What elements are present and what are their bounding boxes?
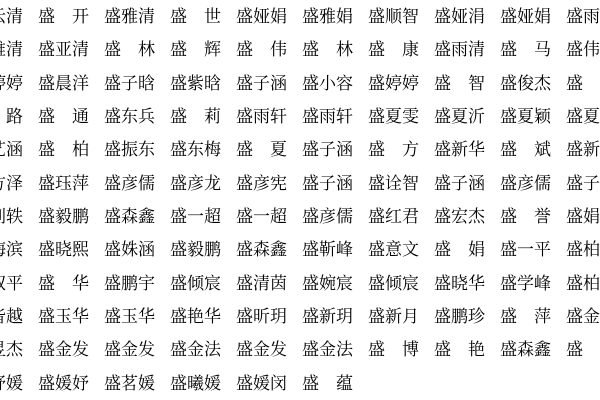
name-text: 盛顺智 [368, 9, 419, 26]
name-cell: 盛小容 [302, 74, 368, 93]
name-cell: 盛夏颖 [500, 107, 566, 126]
name-cell: 盛雨轩 [236, 107, 302, 126]
name-text: 盛靳峰 [302, 242, 353, 259]
name-cell: 盛柏 [566, 240, 600, 259]
name-cell: 盛一超 [236, 207, 302, 226]
name-text: 盛 蕴 [302, 376, 353, 393]
name-text: 盛东梅 [170, 142, 221, 159]
name-cell: 盛东梅 [170, 140, 236, 159]
name-text: 盛柏 [566, 242, 600, 259]
name-text: 盛金法 [302, 342, 353, 359]
name-text: 盛 斌 [500, 142, 551, 159]
name-text: 盛 路 [0, 109, 23, 126]
name-text: 盛宏杰 [434, 209, 485, 226]
name-cell: 盛靳峰 [302, 240, 368, 259]
name-text: 盛学峰 [500, 276, 551, 293]
name-text: 盛婷婷 [368, 76, 419, 93]
name-text: 盛 辉 [170, 42, 221, 59]
name-cell: 盛子涵 [236, 74, 302, 93]
name-cell: 盛红君 [368, 207, 434, 226]
name-text: 盛 艳 [434, 342, 485, 359]
name-cell: 盛 娟 [434, 240, 500, 259]
name-text: 盛彦龙 [170, 176, 221, 193]
name-cell: 盛子晗 [104, 74, 170, 93]
name-cell: 盛玉华 [38, 307, 104, 326]
name-cell: 盛新玥 [302, 307, 368, 326]
name-cell: 盛 路 [0, 107, 38, 126]
name-cell: 盛 智 [434, 74, 500, 93]
name-cell: 盛 [566, 74, 600, 93]
name-text: 盛曦媛 [170, 376, 221, 393]
name-text: 盛姝涵 [104, 242, 155, 259]
name-cell: 盛森鑫 [104, 207, 170, 226]
name-cell: 盛俊杰 [500, 74, 566, 93]
name-cell: 盛 斌 [500, 140, 566, 159]
name-text: 盛紫晗 [170, 76, 221, 93]
name-text: 盛晓华 [434, 276, 485, 293]
name-cell: 盛 [566, 340, 600, 359]
name-cell: 盛娟 [566, 207, 600, 226]
name-cell: 盛夏 [566, 107, 600, 126]
name-cell: 盛柏 [566, 274, 600, 293]
name-cell: 盛毅鹏 [38, 207, 104, 226]
name-text: 盛伟 [566, 42, 600, 59]
name-cell: 盛 康 [368, 40, 434, 59]
name-row: 盛雅清盛亚清盛 林盛 辉盛 伟盛 林盛 康盛雨清盛 马盛伟 [0, 33, 600, 66]
name-cell: 盛金法 [170, 340, 236, 359]
name-cell: 盛金发 [236, 340, 302, 359]
name-cell: 盛意文 [368, 240, 434, 259]
name-text: 盛金发 [38, 342, 89, 359]
name-text: 盛子涵 [236, 76, 287, 93]
name-cell: 盛茗媛 [104, 374, 170, 393]
name-text: 盛 娟 [434, 242, 485, 259]
name-cell: 盛晓华 [434, 274, 500, 293]
name-text: 盛意文 [368, 242, 419, 259]
name-cell: 盛清茵 [236, 274, 302, 293]
name-text: 盛 康 [368, 42, 419, 59]
name-cell: 盛鹏珍 [434, 307, 500, 326]
name-text: 盛子晗 [104, 76, 155, 93]
name-text: 盛 马 [500, 42, 551, 59]
name-cell: 盛金发 [38, 340, 104, 359]
name-text: 盛玉华 [38, 309, 89, 326]
name-text: 盛雨轩 [236, 109, 287, 126]
name-cell: 盛方泽 [0, 174, 38, 193]
name-text: 盛 世 [170, 9, 221, 26]
name-cell: 盛婉宸 [302, 274, 368, 293]
name-cell: 盛彦儒 [104, 174, 170, 193]
name-text: 盛夏沂 [434, 109, 485, 126]
name-text: 盛 [566, 76, 583, 93]
name-text: 盛东兵 [104, 109, 155, 126]
name-text: 盛娟 [566, 209, 600, 226]
name-cell: 盛雅清 [104, 7, 170, 26]
name-row: 盛婷婷盛晨洋盛子晗盛紫晗盛子涵盛小容盛婷婷盛 智盛俊杰盛 [0, 67, 600, 100]
name-cell: 盛子涵 [302, 140, 368, 159]
name-cell: 盛 萍 [500, 307, 566, 326]
name-cell: 盛叔平 [0, 274, 38, 293]
name-cell: 盛婷婷 [0, 74, 38, 93]
name-cell: 盛倾宸 [368, 274, 434, 293]
name-cell: 盛子涵 [434, 174, 500, 193]
name-cell: 盛彦宪 [236, 174, 302, 193]
name-text: 盛倾宸 [368, 276, 419, 293]
name-text: 盛新 [566, 142, 600, 159]
name-text: 盛森鑫 [236, 242, 287, 259]
name-cell: 盛 马 [500, 40, 566, 59]
name-cell: 盛 世 [170, 7, 236, 26]
name-cell: 盛夏雯 [368, 107, 434, 126]
name-cell: 盛娅娟 [500, 7, 566, 26]
name-cell: 盛昕玥 [236, 307, 302, 326]
name-text: 盛 夏 [236, 142, 287, 159]
name-cell: 盛 林 [302, 40, 368, 59]
name-text: 盛晓熙 [38, 242, 89, 259]
name-text: 盛昕玥 [236, 309, 287, 326]
name-cell: 盛学峰 [500, 274, 566, 293]
name-cell: 盛海滨 [0, 240, 38, 259]
name-cell: 盛雅清 [0, 40, 38, 59]
name-text: 盛夏 [566, 109, 600, 126]
name-text: 盛茗媛 [104, 376, 155, 393]
name-text: 盛新华 [434, 142, 485, 159]
name-cell: 盛子涵 [302, 174, 368, 193]
name-text: 盛子涵 [302, 142, 353, 159]
name-text: 盛亚清 [38, 42, 89, 59]
name-text: 盛 萍 [500, 309, 551, 326]
name-text: 盛海滨 [0, 242, 23, 259]
name-cell: 盛子 [566, 174, 600, 193]
name-cell: 盛晓熙 [38, 240, 104, 259]
name-text: 盛 开 [38, 9, 89, 26]
name-text: 盛皆越 [0, 309, 23, 326]
name-cell: 盛妤媛 [0, 374, 38, 393]
name-text: 盛红君 [368, 209, 419, 226]
name-text: 盛新玥 [302, 309, 353, 326]
name-row: 盛妤媛盛媛妤盛茗媛盛曦媛盛媛闵盛 蕴 [0, 367, 600, 400]
name-text: 盛夏雯 [368, 109, 419, 126]
name-text: 盛毅鹏 [170, 242, 221, 259]
name-cell: 盛毅鹏 [170, 240, 236, 259]
name-cell: 盛 柏 [38, 140, 104, 159]
name-text: 盛雨清 [434, 42, 485, 59]
name-cell: 盛利轶 [0, 207, 38, 226]
name-text: 盛晨洋 [38, 76, 89, 93]
name-cell: 盛婷婷 [368, 74, 434, 93]
name-text: 盛 智 [434, 76, 485, 93]
name-text: 盛妤媛 [0, 376, 23, 393]
name-text: 盛金发 [104, 342, 155, 359]
name-text: 盛森鑫 [104, 209, 155, 226]
name-cell: 盛艺涵 [0, 140, 38, 159]
name-text: 盛子涵 [434, 176, 485, 193]
name-cell: 盛顺智 [368, 7, 434, 26]
name-cell: 盛雨轩 [302, 107, 368, 126]
name-cell: 盛宏杰 [434, 207, 500, 226]
name-cell: 盛森鑫 [500, 340, 566, 359]
name-cell: 盛 蕴 [302, 374, 368, 393]
name-text: 盛子涵 [302, 176, 353, 193]
name-text: 盛彦儒 [104, 176, 155, 193]
name-cell: 盛一超 [170, 207, 236, 226]
name-cell: 盛 夏 [236, 140, 302, 159]
name-text: 盛雅清 [0, 42, 23, 59]
name-cell: 盛曦媛 [170, 374, 236, 393]
name-cell: 盛诠智 [368, 174, 434, 193]
name-text: 盛 方 [368, 142, 419, 159]
name-cell: 盛 伟 [236, 40, 302, 59]
name-text: 盛雨清 [566, 9, 600, 26]
name-cell: 盛一平 [500, 240, 566, 259]
name-text: 盛 通 [38, 109, 89, 126]
name-cell: 盛皆越 [0, 307, 38, 326]
name-text: 盛艺涵 [0, 142, 23, 159]
name-cell: 盛新华 [434, 140, 500, 159]
name-text: 盛利轶 [0, 209, 23, 226]
name-cell: 盛彦龙 [170, 174, 236, 193]
name-text: 盛 华 [38, 276, 89, 293]
name-cell: 盛昱杰 [0, 340, 38, 359]
name-text: 盛鹏珍 [434, 309, 485, 326]
name-text: 盛娅涓 [434, 9, 485, 26]
name-cell: 盛新 [566, 140, 600, 159]
name-text: 盛鹏宇 [104, 276, 155, 293]
name-text: 盛清茵 [236, 276, 287, 293]
name-cell: 盛 方 [368, 140, 434, 159]
name-text: 盛 誉 [500, 209, 551, 226]
name-cell: 盛 艳 [434, 340, 500, 359]
name-cell: 盛 莉 [170, 107, 236, 126]
name-text: 盛小容 [302, 76, 353, 93]
name-cell: 盛 辉 [170, 40, 236, 59]
name-row: 盛 路盛 通盛东兵盛 莉盛雨轩盛雨轩盛夏雯盛夏沂盛夏颖盛夏 [0, 100, 600, 133]
name-text: 盛毅鹏 [38, 209, 89, 226]
name-text: 盛 [566, 342, 583, 359]
name-text: 盛雅娟 [302, 9, 353, 26]
name-text: 盛婉宸 [302, 276, 353, 293]
name-text: 盛艳华 [170, 309, 221, 326]
name-cell: 盛 华 [38, 274, 104, 293]
name-text: 盛金 [566, 309, 600, 326]
name-cell: 盛鹏宇 [104, 274, 170, 293]
name-cell: 盛晨洋 [38, 74, 104, 93]
name-cell: 盛亚清 [38, 40, 104, 59]
name-text: 盛森鑫 [500, 342, 551, 359]
name-cell: 盛姝涵 [104, 240, 170, 259]
name-text: 盛媛闵 [236, 376, 287, 393]
name-text: 盛方泽 [0, 176, 23, 193]
name-cell: 盛珏萍 [38, 174, 104, 193]
name-cell: 盛彦儒 [302, 207, 368, 226]
name-cell: 盛倾宸 [170, 274, 236, 293]
name-row: 盛昱杰盛金发盛金发盛金法盛金发盛金法盛 博盛 艳盛森鑫盛 [0, 333, 600, 366]
name-text: 盛雅清 [104, 9, 155, 26]
name-row: 盛云清盛 开盛雅清盛 世盛娅娟盛雅娟盛顺智盛娅涓盛娅娟盛雨清 [0, 0, 600, 33]
name-cell: 盛森鑫 [236, 240, 302, 259]
name-cell: 盛金 [566, 307, 600, 326]
name-cell: 盛伟 [566, 40, 600, 59]
name-cell: 盛紫晗 [170, 74, 236, 93]
name-text: 盛叔平 [0, 276, 23, 293]
name-row: 盛叔平盛 华盛鹏宇盛倾宸盛清茵盛婉宸盛倾宸盛晓华盛学峰盛柏 [0, 267, 600, 300]
name-cell: 盛 通 [38, 107, 104, 126]
name-text: 盛一超 [236, 209, 287, 226]
name-text: 盛婷婷 [0, 76, 23, 93]
name-cell: 盛雨清 [566, 7, 600, 26]
name-cell: 盛东兵 [104, 107, 170, 126]
name-text: 盛 博 [368, 342, 419, 359]
name-cell: 盛艳华 [170, 307, 236, 326]
name-text: 盛 林 [302, 42, 353, 59]
name-cell: 盛雅娟 [302, 7, 368, 26]
baby-names-list-page: { "page": { "background_color": "#ffffff… [0, 0, 600, 400]
name-text: 盛雨轩 [302, 109, 353, 126]
name-cell: 盛娅娟 [236, 7, 302, 26]
name-text: 盛彦儒 [500, 176, 551, 193]
name-text: 盛彦儒 [302, 209, 353, 226]
name-text: 盛新月 [368, 309, 419, 326]
name-text: 盛珏萍 [38, 176, 89, 193]
name-cell: 盛金发 [104, 340, 170, 359]
name-text: 盛金法 [170, 342, 221, 359]
name-text: 盛夏颖 [500, 109, 551, 126]
name-text: 盛俊杰 [500, 76, 551, 93]
name-text: 盛一超 [170, 209, 221, 226]
name-row: 盛海滨盛晓熙盛姝涵盛毅鹏盛森鑫盛靳峰盛意文盛 娟盛一平盛柏 [0, 233, 600, 266]
name-text: 盛振东 [104, 142, 155, 159]
name-row: 盛方泽盛珏萍盛彦儒盛彦龙盛彦宪盛子涵盛诠智盛子涵盛彦儒盛子 [0, 167, 600, 200]
name-text: 盛倾宸 [170, 276, 221, 293]
name-text: 盛昱杰 [0, 342, 23, 359]
name-row: 盛利轶盛毅鹏盛森鑫盛一超盛一超盛彦儒盛红君盛宏杰盛 誉盛娟 [0, 200, 600, 233]
name-cell: 盛媛妤 [38, 374, 104, 393]
name-text: 盛媛妤 [38, 376, 89, 393]
name-row: 盛皆越盛玉华盛玉华盛艳华盛昕玥盛新玥盛新月盛鹏珍盛 萍盛金 [0, 300, 600, 333]
names-viewport: 盛云清盛 开盛雅清盛 世盛娅娟盛雅娟盛顺智盛娅涓盛娅娟盛雨清盛雅清盛亚清盛 林盛… [0, 0, 600, 400]
name-text: 盛娅娟 [236, 9, 287, 26]
name-cell: 盛金法 [302, 340, 368, 359]
name-cell: 盛玉华 [104, 307, 170, 326]
name-cell: 盛雨清 [434, 40, 500, 59]
name-text: 盛柏 [566, 276, 600, 293]
name-cell: 盛新月 [368, 307, 434, 326]
name-text: 盛玉华 [104, 309, 155, 326]
name-text: 盛一平 [500, 242, 551, 259]
name-cell: 盛夏沂 [434, 107, 500, 126]
name-text: 盛 伟 [236, 42, 287, 59]
name-row: 盛艺涵盛 柏盛振东盛东梅盛 夏盛子涵盛 方盛新华盛 斌盛新 [0, 133, 600, 166]
name-text: 盛娅娟 [500, 9, 551, 26]
name-cell: 盛彦儒 [500, 174, 566, 193]
name-text: 盛子 [566, 176, 600, 193]
name-cell: 盛娅涓 [434, 7, 500, 26]
name-cell: 盛云清 [0, 7, 38, 26]
name-text: 盛 柏 [38, 142, 89, 159]
name-text: 盛诠智 [368, 176, 419, 193]
name-cell: 盛 林 [104, 40, 170, 59]
name-text: 盛云清 [0, 9, 23, 26]
name-text: 盛 莉 [170, 109, 221, 126]
name-cell: 盛 开 [38, 7, 104, 26]
name-cell: 盛 誉 [500, 207, 566, 226]
name-cell: 盛 博 [368, 340, 434, 359]
name-text: 盛彦宪 [236, 176, 287, 193]
name-text: 盛 林 [104, 42, 155, 59]
name-cell: 盛振东 [104, 140, 170, 159]
name-cell: 盛媛闵 [236, 374, 302, 393]
name-text: 盛金发 [236, 342, 287, 359]
names-grid: 盛云清盛 开盛雅清盛 世盛娅娟盛雅娟盛顺智盛娅涓盛娅娟盛雨清盛雅清盛亚清盛 林盛… [0, 0, 600, 400]
